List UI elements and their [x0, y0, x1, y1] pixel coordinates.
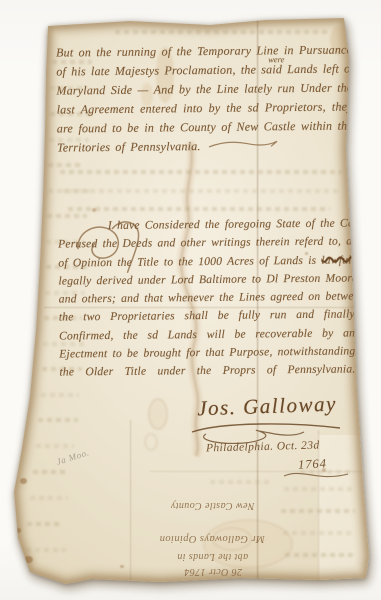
place-date-line: Philadelphia. Oct. 23d — [206, 440, 320, 455]
vertical-fold-crease — [317, 430, 320, 583]
paragraph-2: I have Considered the foregoing State of… — [58, 216, 356, 384]
pencil-note: Ja Moo. — [55, 447, 90, 466]
document-paper-wrap: But on the running of the Temporary Line… — [0, 0, 381, 600]
foxing-spot — [20, 478, 27, 484]
foxing-spot — [92, 208, 96, 212]
manuscript-line: the Older Title under the Proprs of Penn… — [59, 363, 355, 384]
manuscript-line-text: of Opinion the Title to the 1000 Acres o… — [58, 253, 316, 269]
struck-out-word: lawfully — [321, 253, 360, 266]
manuscript-line-text: Territories of Pennsylvania. — [57, 139, 201, 155]
foxing-spot — [16, 528, 21, 533]
inserted-word: were — [268, 54, 284, 64]
scanned-manuscript-page: { "document": { "kind": "handwritten leg… — [0, 0, 381, 600]
date-flourish — [282, 468, 350, 482]
docket-line: 26 Octr 1764 — [168, 566, 258, 577]
docket-line: abt the Lands in — [150, 551, 275, 562]
manuscript-body: But on the running of the Temporary Line… — [56, 42, 352, 45]
manuscript-line: Territories of Pennsylvania. — [57, 137, 353, 159]
paragraph-end-flourish — [206, 138, 278, 155]
signature: Jos. Galloway — [183, 391, 352, 422]
docket-line: New Castle County — [155, 500, 270, 511]
docket-line: Mr Galloways Opinion — [146, 533, 278, 544]
vertical-fold-crease — [129, 420, 132, 583]
document-paper: But on the running of the Temporary Line… — [0, 0, 381, 600]
paragraph-1: But on the running of the Temporary Line… — [56, 42, 353, 159]
foxing-spot — [120, 565, 124, 568]
foxing-spot — [24, 556, 33, 563]
